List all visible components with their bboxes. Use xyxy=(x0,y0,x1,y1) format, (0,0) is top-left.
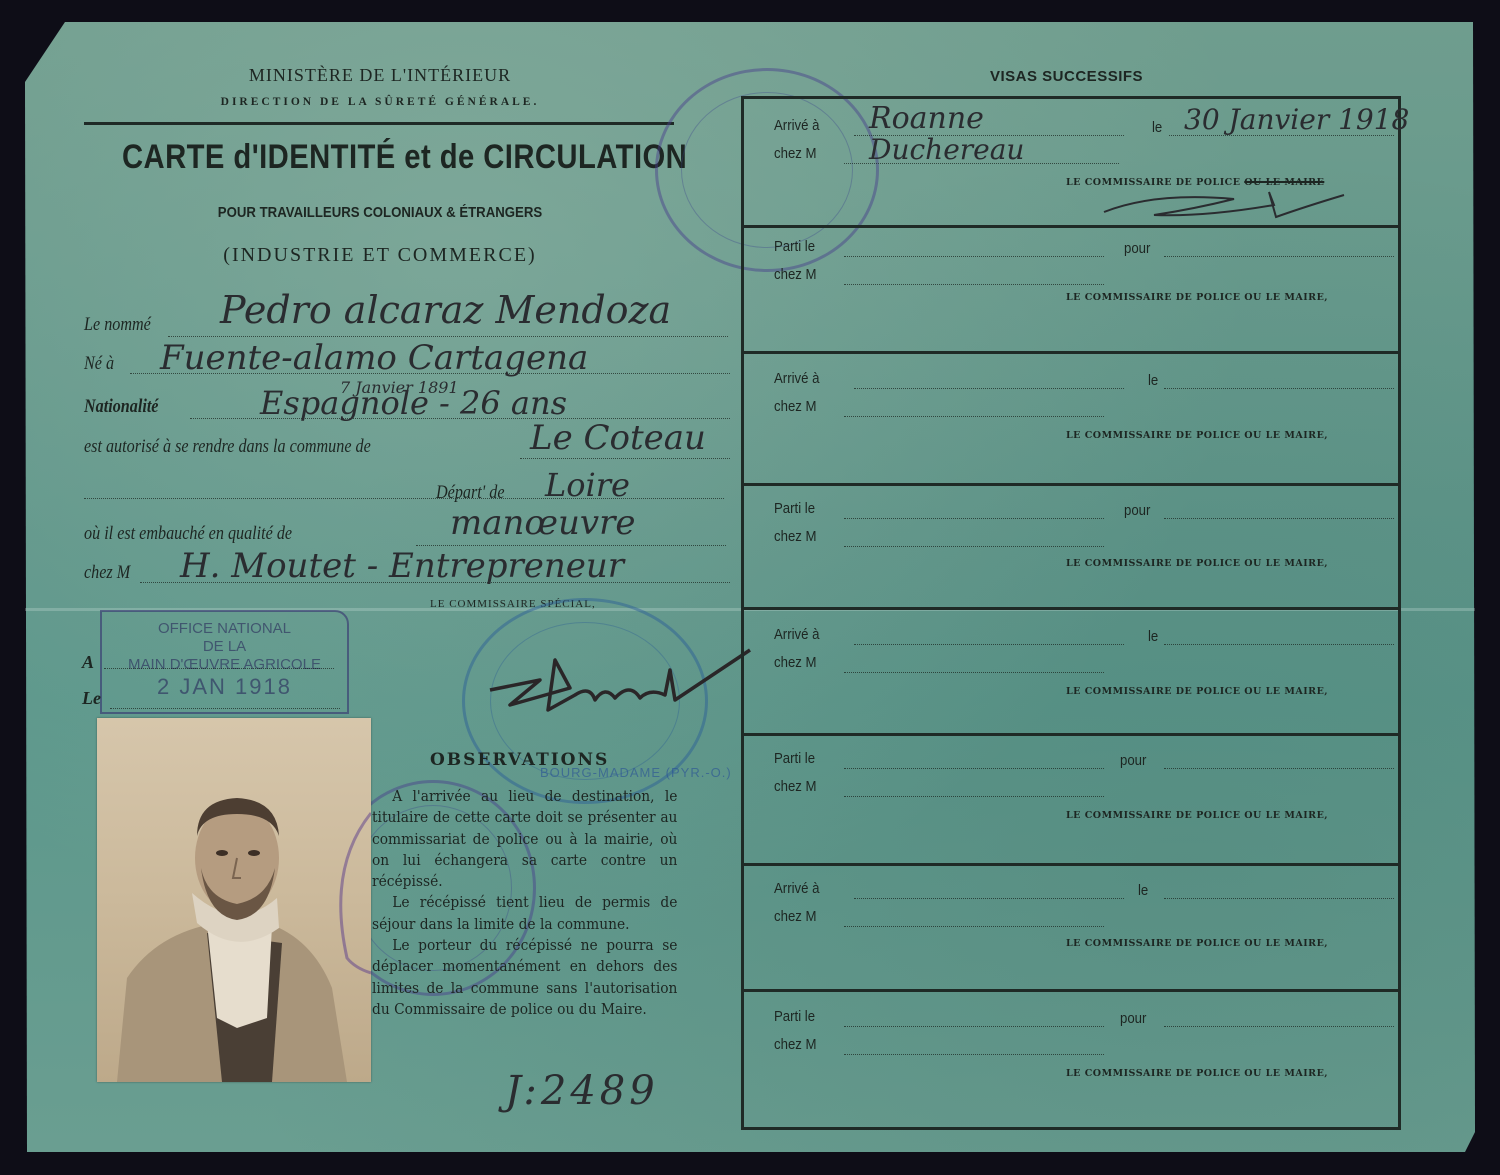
visa-signatory: LE COMMISSAIRE DE POLICE OU LE MAIRE, xyxy=(1066,938,1328,949)
visa-label-arrived: Arrivé à xyxy=(774,626,819,643)
a-label: A xyxy=(82,652,94,673)
stamp-line3: MAIN D'ŒUVRE AGRICOLE xyxy=(102,656,347,674)
visas-table: Arrivé à Roanne le 30 Janvier 1918 chez … xyxy=(741,96,1401,1130)
visas-title: VISAS SUCCESSIFS xyxy=(990,68,1143,85)
visa-label-departed: Parti le xyxy=(774,750,815,767)
commissioner-signature xyxy=(480,640,760,730)
card-title: CARTE d'IDENTITÉ et de CIRCULATION xyxy=(122,138,638,177)
visa-line xyxy=(844,672,1104,673)
stamp-line2: DE LA xyxy=(102,638,347,656)
visa-line xyxy=(844,416,1104,417)
visa-date-value: 30 Janvier 1918 xyxy=(1184,103,1409,136)
visa-line xyxy=(1164,1026,1394,1027)
visa-line xyxy=(1164,518,1394,519)
name-line xyxy=(168,336,728,337)
visa-entry: Arrivé à le chez M LE COMMISSAIRE DE POL… xyxy=(744,351,1398,482)
reference-number: J:2489 xyxy=(505,1068,659,1114)
visa-label-chez: chez M xyxy=(774,528,817,545)
name-label: Le nommé xyxy=(84,314,151,336)
visa-signatory: LE COMMISSAIRE DE POLICE OU LE MAIRE, xyxy=(1066,558,1328,569)
visa-label-chez: chez M xyxy=(774,266,817,283)
observations-title: OBSERVATIONS xyxy=(430,750,609,770)
visa-line xyxy=(854,898,1124,899)
visa-entry: Arrivé à le chez M LE COMMISSAIRE DE POL… xyxy=(744,607,1398,738)
visa-line xyxy=(844,926,1104,927)
employer-field: chez M xyxy=(84,554,138,584)
visa-label-arrived: Arrivé à xyxy=(774,370,819,387)
holder-photograph xyxy=(97,718,371,1082)
visa-label-chez: chez M xyxy=(774,654,817,671)
commune-value: Le Coteau xyxy=(530,418,706,458)
visa-label-for: pour xyxy=(1120,1010,1146,1027)
visa-label-date: le xyxy=(1152,119,1162,136)
a-line xyxy=(104,668,334,669)
visa-label-date: le xyxy=(1148,628,1158,645)
visa-entry: Parti le pour chez M LE COMMISSAIRE DE P… xyxy=(744,483,1398,614)
commune-label: est autorisé à se rendre dans la commune… xyxy=(84,436,371,458)
visa-signatory: LE COMMISSAIRE DE POLICE OU LE MAIRE, xyxy=(1066,430,1328,441)
department-value: Loire xyxy=(545,466,630,504)
nationality-label: Nationalité xyxy=(84,396,158,418)
visa-line xyxy=(844,256,1104,257)
visa-line xyxy=(844,546,1104,547)
visa-line xyxy=(1164,256,1394,257)
visa-entry: Parti le pour chez M LE COMMISSAIRE DE P… xyxy=(744,989,1398,1120)
visa-entry: Arrivé à le chez M LE COMMISSAIRE DE POL… xyxy=(744,863,1398,994)
born-label: Né à xyxy=(84,353,114,375)
visa-entry: Parti le pour chez M LE COMMISSAIRE DE P… xyxy=(744,225,1398,356)
visa-label-arrived: Arrivé à xyxy=(774,117,819,134)
employer-label: chez M xyxy=(84,562,130,584)
visa-line xyxy=(854,388,1124,389)
le-label: Le xyxy=(82,688,101,709)
card-subtitle: POUR TRAVAILLEURS COLONIAUX & ÉTRANGERS xyxy=(116,204,644,221)
visa-label-for: pour xyxy=(1124,240,1150,257)
visa-signatory: LE COMMISSAIRE DE POLICE OU LE MAIRE, xyxy=(1066,1068,1328,1079)
visa-label-date: le xyxy=(1138,882,1148,899)
observation-paragraph: Le porteur du récépissé ne pourra se dép… xyxy=(372,935,677,1020)
visa-chez-value: Duchereau xyxy=(869,133,1024,166)
visa-label-date: le xyxy=(1148,372,1158,389)
visa-entry: Parti le pour chez M LE COMMISSAIRE DE P… xyxy=(744,733,1398,864)
nationality-field: Nationalité xyxy=(84,388,172,418)
visa-line xyxy=(1164,768,1394,769)
visa-line xyxy=(1164,388,1394,389)
direction-heading: DIRECTION DE LA SÛRETÉ GÉNÉRALE. xyxy=(80,96,680,108)
occupation-field: où il est embauché en qualité de xyxy=(84,515,329,545)
header-rule xyxy=(84,122,674,125)
visa-label-chez: chez M xyxy=(774,145,817,162)
visa-label-chez: chez M xyxy=(774,1036,817,1053)
visa-label-for: pour xyxy=(1120,752,1146,769)
nationality-value: Espagnole - 26 ans xyxy=(260,384,567,422)
visa-line xyxy=(1164,898,1394,899)
visa-signatory: LE COMMISSAIRE DE POLICE OU LE MAIRE, xyxy=(1066,810,1328,821)
visa-signatory: LE COMMISSAIRE DE POLICE OU LE MAIRE, xyxy=(1066,292,1328,303)
name-value: Pedro alcaraz Mendoza xyxy=(220,288,671,332)
visa-label-chez: chez M xyxy=(774,778,817,795)
occupation-label: où il est embauché en qualité de xyxy=(84,523,292,545)
visa-arrived-value: Roanne xyxy=(869,101,984,136)
department-field: Départ' de xyxy=(436,474,517,504)
stamp-date: 2 JAN 1918 xyxy=(102,678,347,696)
visa-line xyxy=(844,1026,1104,1027)
visa-label-departed: Parti le xyxy=(774,1008,815,1025)
department-label: Départ' de xyxy=(436,482,504,504)
visa-line xyxy=(844,1054,1104,1055)
commune-field: est autorisé à se rendre dans la commune… xyxy=(84,428,421,458)
visa-line xyxy=(844,768,1104,769)
visa-label-departed: Parti le xyxy=(774,238,815,255)
visa-line xyxy=(844,518,1104,519)
visa-label-chez: chez M xyxy=(774,908,817,925)
office-national-stamp: OFFICE NATIONAL DE LA MAIN D'ŒUVRE AGRIC… xyxy=(100,610,349,714)
occupation-value: manœuvre xyxy=(450,503,636,543)
card-category: (INDUSTRIE ET COMMERCE) xyxy=(80,244,680,267)
ministry-heading: MINISTÈRE DE L'INTÉRIEUR xyxy=(80,65,680,86)
observations-text: A l'arrivée au lieu de destination, le t… xyxy=(372,786,677,1020)
stamp-line1: OFFICE NATIONAL xyxy=(102,620,347,638)
visa-label-arrived: Arrivé à xyxy=(774,880,819,897)
observation-paragraph: A l'arrivée au lieu de destination, le t… xyxy=(372,786,677,892)
commune-line xyxy=(520,458,730,459)
visa-signature xyxy=(1094,187,1354,227)
employer-value: H. Moutet - Entrepreneur xyxy=(180,546,624,586)
name-field: Le nommé xyxy=(84,306,163,336)
visa-label-departed: Parti le xyxy=(774,500,815,517)
born-field: Né à xyxy=(84,345,119,375)
visa-line xyxy=(844,796,1104,797)
visa-line xyxy=(854,644,1124,645)
visa-line xyxy=(844,284,1104,285)
visa-label-for: pour xyxy=(1124,502,1150,519)
visa-label-chez: chez M xyxy=(774,398,817,415)
observation-paragraph: Le récépissé tient lieu de permis de séj… xyxy=(372,892,677,935)
visa-signatory: LE COMMISSAIRE DE POLICE OU LE MAIRE, xyxy=(1066,686,1328,697)
visa-line xyxy=(1164,644,1394,645)
le-line xyxy=(110,708,340,709)
visa-entry: Arrivé à Roanne le 30 Janvier 1918 chez … xyxy=(744,99,1398,227)
born-value: Fuente-alamo Cartagena xyxy=(160,338,588,378)
